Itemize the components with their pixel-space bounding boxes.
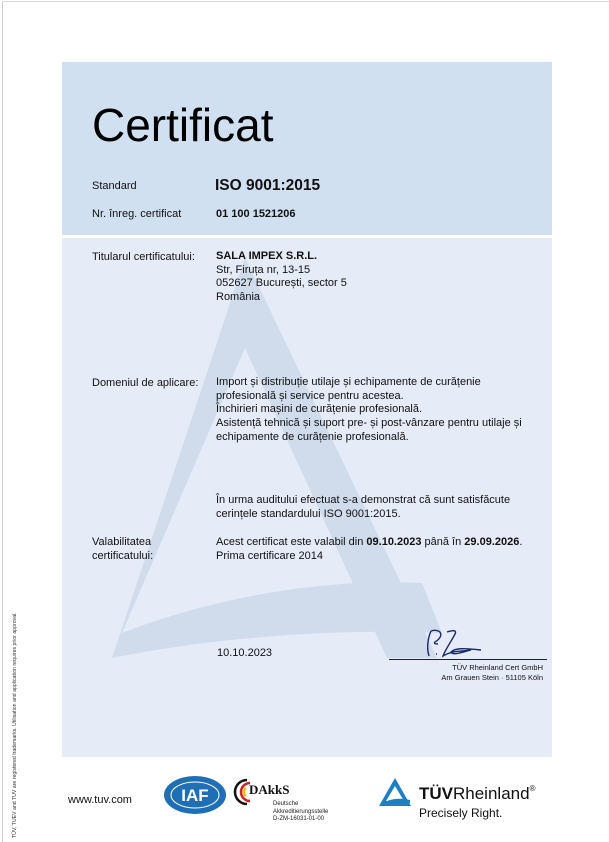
certificate-title: Certificat xyxy=(92,98,273,152)
holder-label: Titularul certificatului: xyxy=(92,251,195,263)
signature-icon xyxy=(425,628,505,660)
validity-prefix: Acest certificat este valabil din xyxy=(216,536,366,548)
dakks-line: Akkreditierungsstelle xyxy=(273,809,328,817)
tuv-brand-regular: Rheinland xyxy=(453,784,530,803)
scope-line: Închirieri mașini de curățenie profesion… xyxy=(216,403,522,417)
standard-label: Standard xyxy=(92,180,137,192)
issuer-name: TÜV Rheinland Cert GmbH xyxy=(441,663,543,673)
reg-no-value: 01 100 1521206 xyxy=(216,207,296,221)
issuer-address: Am Grauen Stein · 51105 Köln xyxy=(441,673,543,683)
registered-mark: ® xyxy=(530,784,536,793)
website-link[interactable]: www.tuv.com xyxy=(68,794,132,806)
audit-line: În urma auditului efectuat s-a demonstra… xyxy=(216,494,510,508)
audit-line: cerințele standardului ISO 9001:2015. xyxy=(216,508,510,522)
signature-line xyxy=(389,659,547,660)
audit-statement: În urma auditului efectuat s-a demonstra… xyxy=(216,494,510,521)
scope-block: Import și distribuție utilaje și echipam… xyxy=(216,376,522,445)
dakks-line: D-ZM-16031-01-00 xyxy=(273,816,328,824)
validity-block: Acest certificat este valabil din 09.10.… xyxy=(216,536,522,563)
scope-label: Domeniul de aplicare: xyxy=(92,377,198,389)
tuv-triangle-logo-icon xyxy=(377,776,413,808)
dakks-details: Deutsche Akkreditierungsstelle D-ZM-1603… xyxy=(273,801,328,824)
issuer-block: TÜV Rheinland Cert GmbH Am Grauen Stein … xyxy=(441,663,543,683)
first-certification: Prima certificare 2014 xyxy=(216,550,522,564)
issue-date: 10.10.2023 xyxy=(217,647,272,659)
valid-from-date: 09.10.2023 xyxy=(366,536,421,548)
validity-label: Valabilitatea certificatului: xyxy=(92,536,153,563)
holder-name: SALA IMPEX S.R.L. xyxy=(216,250,347,264)
tuv-brand: TÜVRheinland® xyxy=(419,784,535,804)
iaf-logo-icon: IAF xyxy=(163,775,227,815)
svg-text:IAF: IAF xyxy=(181,786,208,805)
scope-line: Import și distribuție utilaje și echipam… xyxy=(216,376,522,390)
validity-label-line: Valabilitatea xyxy=(92,536,153,550)
valid-to-date: 29.09.2026 xyxy=(464,536,519,548)
scope-line: profesională și service pentru acestea. xyxy=(216,390,522,404)
scope-line: echipamente de curățenie profesională. xyxy=(216,431,522,445)
tuv-brand-bold: TÜV xyxy=(419,784,453,803)
validity-sentence: Acest certificat este valabil din 09.10.… xyxy=(216,536,522,550)
trademark-note: TÜV, TUEV and TUV are registered tradema… xyxy=(12,612,18,838)
validity-middle: până în xyxy=(421,536,464,548)
holder-address-line: 052627 București, sector 5 xyxy=(216,277,347,291)
holder-block: SALA IMPEX S.R.L. Str, Firuța nr, 13-15 … xyxy=(216,250,347,305)
standard-value: ISO 9001:2015 xyxy=(215,177,320,195)
scope-line: Asistență tehnică și suport pre- și post… xyxy=(216,417,522,431)
dakks-name: DAkkS xyxy=(249,782,289,798)
holder-address-line: Str, Firuța nr, 13-15 xyxy=(216,264,347,278)
reg-no-label: Nr. înreg. certificat xyxy=(92,208,181,220)
validity-suffix: . xyxy=(519,536,522,548)
holder-address-line: România xyxy=(216,291,347,305)
validity-label-line: certificatului: xyxy=(92,550,153,564)
tuv-slogan: Precisely Right. xyxy=(419,806,502,820)
dakks-line: Deutsche xyxy=(273,801,328,809)
